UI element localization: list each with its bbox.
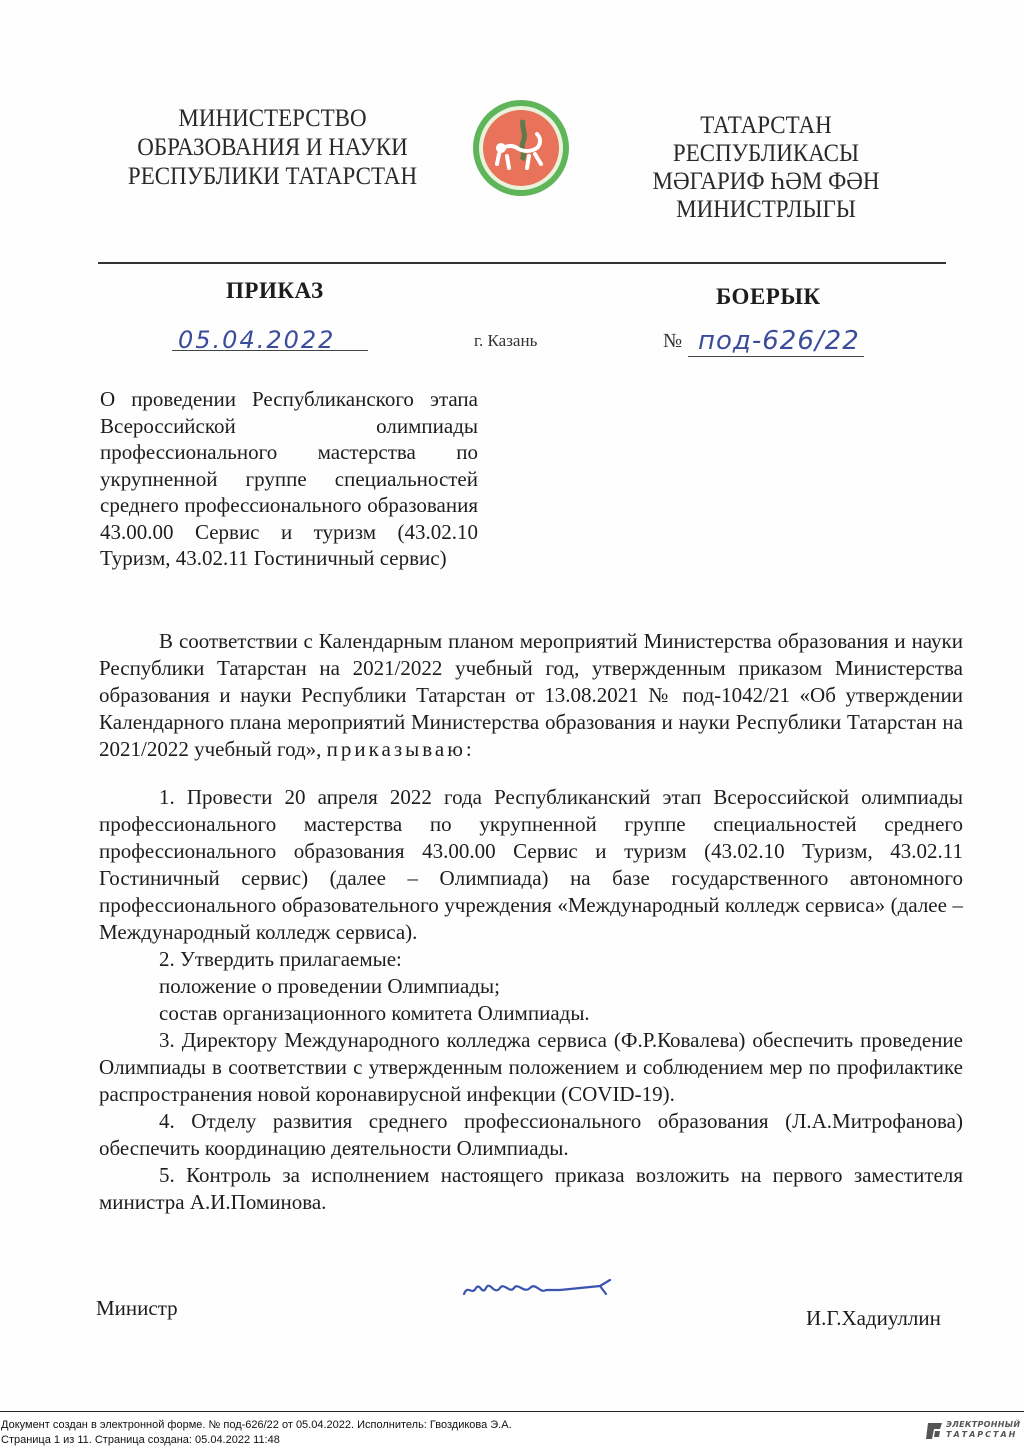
ministry-name-ru-line: ОБРАЗОВАНИЯ И НАУКИ bbox=[114, 133, 431, 162]
date-underline bbox=[172, 350, 368, 351]
preamble-text: В соответствии с Календарным планом меро… bbox=[99, 629, 963, 761]
logo-text-line: ЭЛЕКТРОННЫЙ bbox=[946, 1420, 1020, 1430]
document-page: МИНИСТЕРСТВО ОБРАЗОВАНИЯ И НАУКИ РЕСПУБЛ… bbox=[0, 0, 1024, 1410]
order-title-tt: БОЕРЫК bbox=[716, 284, 821, 310]
ministry-name-ru: МИНИСТЕРСТВО ОБРАЗОВАНИЯ И НАУКИ РЕСПУБЛ… bbox=[114, 104, 431, 191]
order-number: под-626/22 bbox=[698, 326, 860, 356]
coat-of-arms-icon bbox=[471, 98, 571, 198]
order-item-2-sub-1: положение о проведении Олимпиады; bbox=[99, 973, 963, 1000]
order-body: В соответствии с Календарным планом меро… bbox=[99, 628, 963, 1216]
ministry-name-ru-line: МИНИСТЕРСТВО bbox=[114, 104, 431, 133]
order-item-4: 4. Отделу развития среднего профессионал… bbox=[99, 1108, 963, 1162]
order-city: г. Казань bbox=[474, 331, 537, 351]
order-item-5: 5. Контроль за исполнением настоящего пр… bbox=[99, 1162, 963, 1216]
ministry-name-ru-line: РЕСПУБЛИКИ ТАТАРСТАН bbox=[114, 162, 431, 191]
number-underline bbox=[688, 356, 864, 357]
order-subject: О проведении Республиканского этапа Всер… bbox=[100, 386, 478, 572]
ministry-name-tt-line: МӘГАРИФ ҺӘМ ФӘН bbox=[606, 168, 926, 196]
order-title-ru: ПРИКАЗ bbox=[226, 278, 324, 304]
order-item-2-sub-2: состав организационного комитета Олимпиа… bbox=[99, 1000, 963, 1027]
order-item-1: 1. Провести 20 апреля 2022 года Республи… bbox=[99, 784, 963, 946]
logo-text-line: ТАТАРСТАН bbox=[946, 1430, 1020, 1440]
order-word: приказываю: bbox=[327, 737, 475, 761]
signatory-name: И.Г.Хадиуллин bbox=[806, 1306, 941, 1331]
footer-divider bbox=[0, 1411, 1024, 1412]
ministry-name-tt-line: ТАТАРСТАН РЕСПУБЛИКАСЫ bbox=[606, 112, 926, 168]
ministry-name-tt-line: МИНИСТРЛЫГЫ bbox=[606, 196, 926, 224]
logo-text: ЭЛЕКТРОННЫЙ ТАТАРСТАН bbox=[946, 1420, 1020, 1440]
footer: Документ создан в электронной форме. № п… bbox=[0, 1414, 1024, 1448]
handwritten-signature-icon bbox=[460, 1274, 620, 1304]
order-item-3: 3. Директору Международного колледжа сер… bbox=[99, 1027, 963, 1108]
header-divider bbox=[98, 262, 946, 264]
footer-line-document: Документ создан в электронной форме. № п… bbox=[1, 1418, 512, 1433]
footer-info: Документ создан в электронной форме. № п… bbox=[1, 1418, 512, 1448]
electronic-tatarstan-logo: ЭЛЕКТРОННЫЙ ТАТАРСТАН bbox=[924, 1420, 1020, 1442]
footer-line-page: Страница 1 из 11. Страница создана: 05.0… bbox=[1, 1433, 512, 1448]
preamble-paragraph: В соответствии с Календарным планом меро… bbox=[99, 628, 963, 763]
ministry-name-tt: ТАТАРСТАН РЕСПУБЛИКАСЫ МӘГАРИФ ҺӘМ ФӘН М… bbox=[606, 112, 926, 224]
signatory-position: Министр bbox=[96, 1296, 178, 1321]
order-item-2: 2. Утвердить прилагаемые: bbox=[99, 946, 963, 973]
electronic-tatarstan-logo-icon bbox=[924, 1421, 944, 1441]
number-sign: № bbox=[663, 330, 682, 353]
